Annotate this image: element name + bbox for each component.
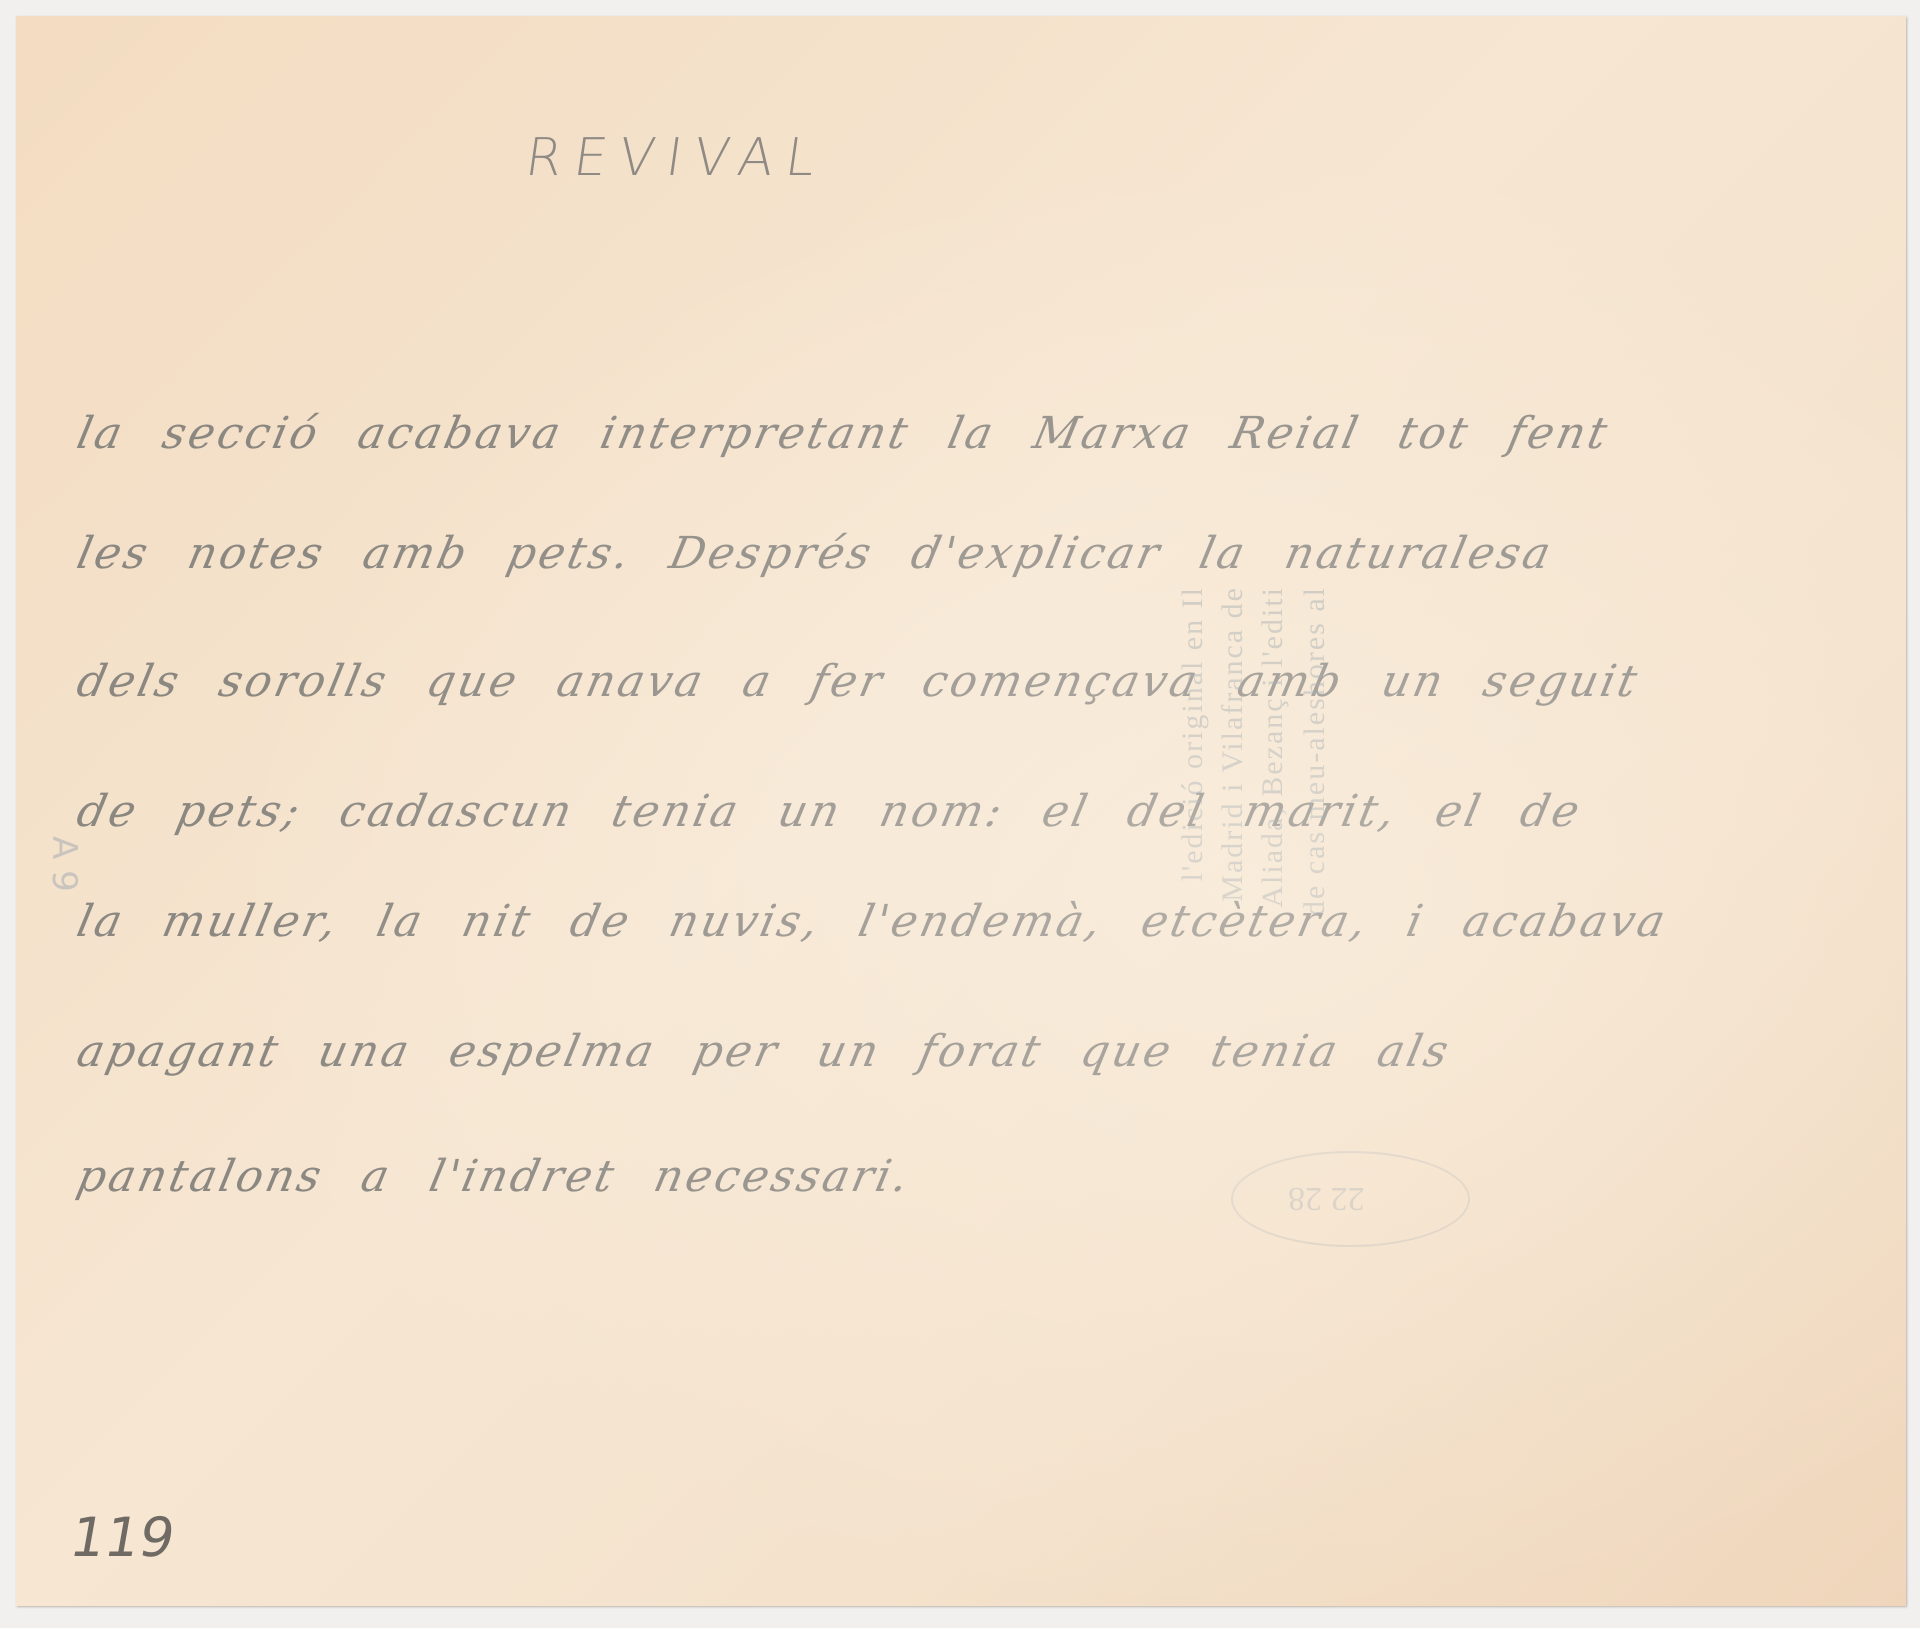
text-line-5: la muller, la nit de nuvis, l'endemà, et… <box>73 896 1673 947</box>
bleed-through-stamp-line-2: Madrid i Vilafranca de <box>1216 586 1250 902</box>
manuscript-page: REVIVAL la secció acabava interpretant l… <box>16 16 1906 1606</box>
page-number: 119 <box>65 1506 179 1569</box>
bleed-through-stamp-line-1: l'edició original en Il <box>1176 586 1210 882</box>
text-line-3: dels sorolls que anava a fer començava a… <box>73 656 1645 707</box>
text-line-1: la secció acabava interpretant la Marxa … <box>73 408 1615 459</box>
oval-stamp: 22 28 <box>1231 1151 1470 1247</box>
bleed-through-stamp-line-3: Aliada, Bezanç i l'editi <box>1256 586 1290 908</box>
text-line-7: pantalons a l'indret necessari. <box>73 1151 916 1202</box>
text-line-6: apagant una espelma per un forat que ten… <box>73 1026 1456 1077</box>
oval-stamp-text: 22 28 <box>1288 1179 1365 1217</box>
bleed-through-stamp-line-4: de cas meu-aleshores al <box>1298 586 1332 916</box>
page-title: REVIVAL <box>522 128 831 188</box>
margin-mark: A 9 <box>44 836 84 892</box>
text-line-4: de pets; cadascun tenia un nom: el del m… <box>73 786 1587 837</box>
text-line-2: les notes amb pets. Després d'explicar l… <box>73 528 1558 579</box>
